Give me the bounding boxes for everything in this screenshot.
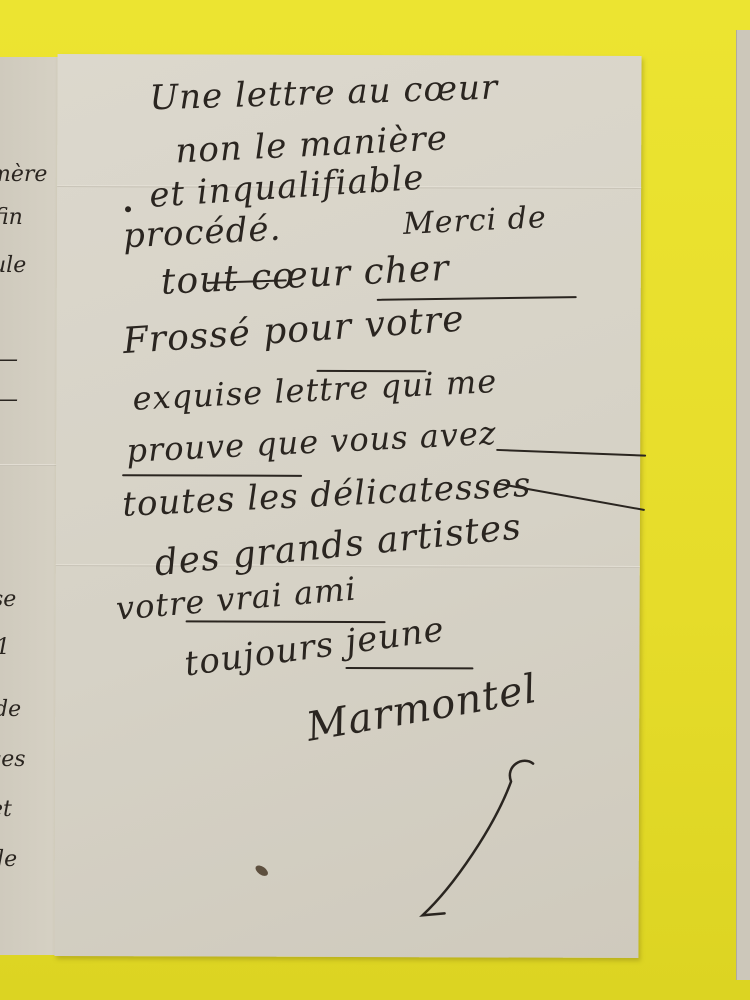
left-page-text: ule: [0, 253, 26, 278]
fold-crease: [0, 464, 58, 466]
left-page-text: ses: [0, 747, 26, 772]
right-page-fragment: [736, 30, 750, 980]
letter-line: procédé.: [122, 209, 282, 257]
left-page-text: se: [0, 587, 16, 612]
pen-stroke: [377, 296, 577, 301]
ink-dot: [125, 206, 131, 212]
signature-flourish: [415, 755, 556, 925]
pen-stroke: [496, 449, 646, 457]
letter-line: Une lettre au cœur: [149, 67, 499, 118]
letter-line: Merci de: [402, 200, 547, 242]
left-page-text: de: [0, 847, 17, 872]
letter-line: prouve que vous avez: [126, 414, 498, 470]
left-page-text: fin: [0, 205, 23, 230]
left-page-fragment: mère fin ule — — se 1 de ses et de: [0, 57, 59, 955]
left-page-text: —: [0, 347, 18, 372]
ink-stain: [254, 863, 270, 878]
pen-stroke: [316, 370, 426, 372]
signature: Marmontel: [303, 666, 541, 751]
left-page-text: de: [0, 697, 21, 722]
left-page-text: et: [0, 797, 12, 822]
pen-stroke: [345, 667, 473, 669]
left-page-text: mère: [0, 162, 47, 187]
left-page-text: 1: [0, 635, 10, 660]
letter-line: tout cœur cher: [160, 248, 450, 303]
letter-line: exquise lettre qui me: [132, 362, 498, 418]
letter-line: Frossé pour votre: [122, 299, 466, 363]
letter-page: Une lettre au cœur non le manière et inq…: [54, 54, 641, 958]
left-page-text: —: [0, 387, 18, 412]
letter-line: votre vrai ami: [115, 570, 358, 628]
